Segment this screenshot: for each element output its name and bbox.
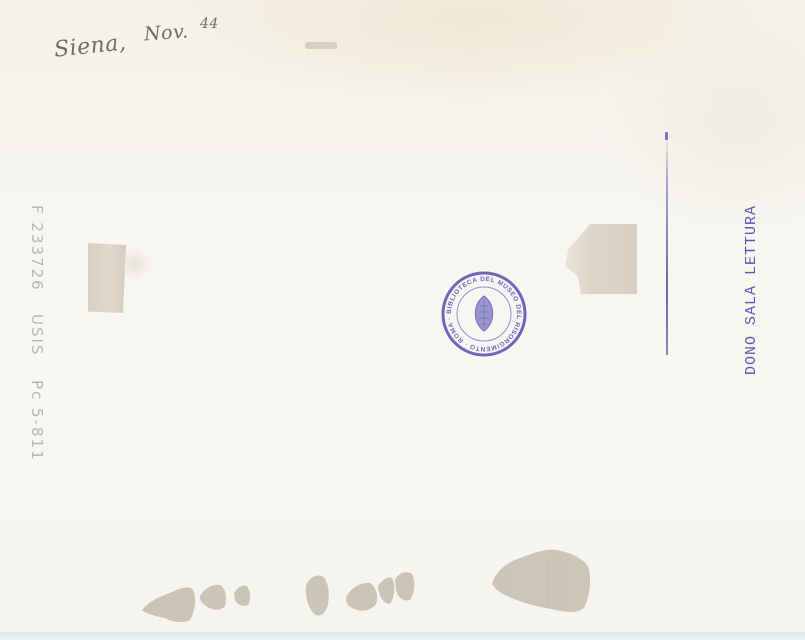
scan-bottom-edge [0, 632, 805, 640]
faint-smudge [305, 42, 337, 49]
pencil-catalog-number: F 233726 [28, 205, 46, 292]
handwritten-year: 44 [200, 16, 219, 32]
photo-back-sheet [0, 0, 805, 632]
tape-remnant-left [88, 243, 126, 313]
handwritten-month: Nov. [143, 20, 189, 45]
ink-vertical-line [666, 135, 668, 355]
pencil-reference: USIS [28, 314, 46, 356]
donation-stamp: DONO SALA LETTURA 12 MARZO 1951 [702, 160, 762, 375]
stamp-seal-icon: BIBLIOTECA DEL MUSEO DEL RISORGIMENTO · … [440, 270, 528, 358]
donation-stamp-line-1: DONO SALA LETTURA [742, 160, 762, 375]
library-round-stamp: BIBLIOTECA DEL MUSEO DEL RISORGIMENTO · … [440, 270, 528, 358]
tape-torn-fibers-left [122, 248, 152, 280]
shield-emblem-icon [475, 296, 492, 331]
pencil-notation: F 233726 USIS Pc 5-811 [22, 205, 46, 495]
pencil-code: Pc 5-811 [28, 380, 46, 462]
